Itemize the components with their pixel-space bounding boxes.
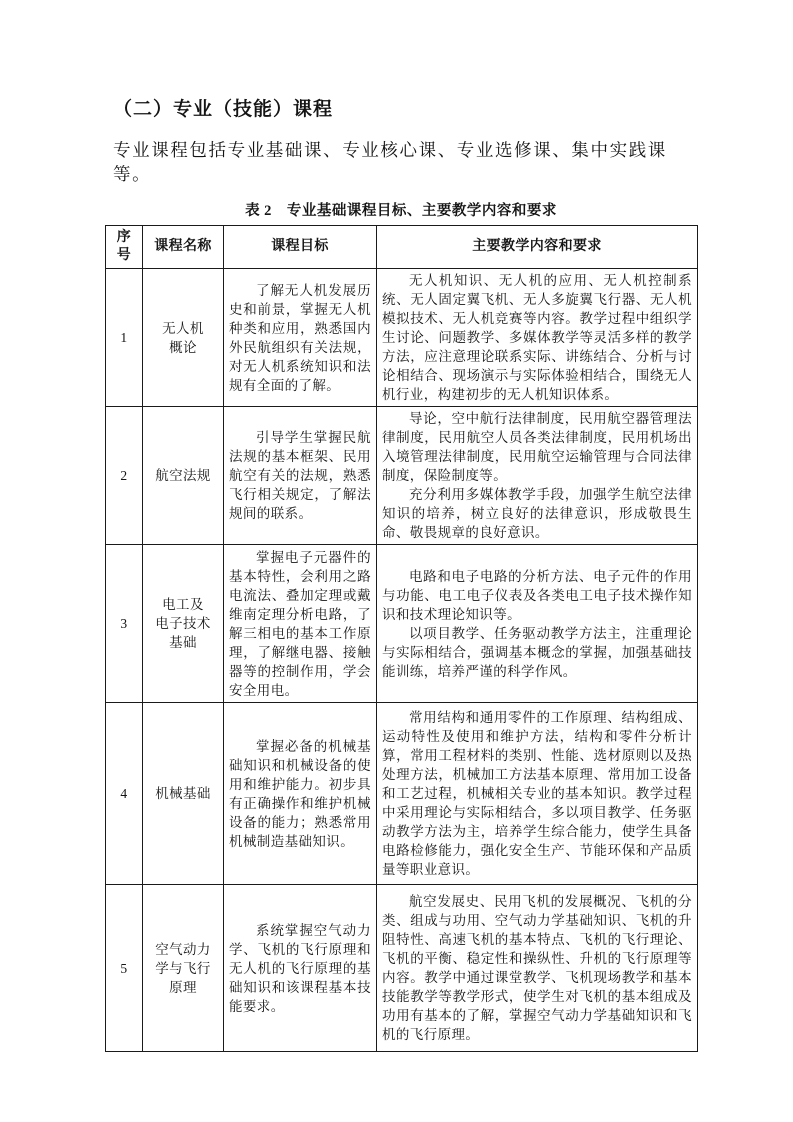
content-paragraph: 电路和电子电路的分析方法、电子元件的作用与功能、电工电子仪表及各类电工电子技术操… — [382, 567, 692, 624]
row-number: 3 — [106, 545, 143, 703]
content-paragraph: 充分利用多媒体教学手段，加强学生航空法律知识的培养，树立良好的法律意识，形成敬畏… — [382, 485, 692, 542]
row-number: 1 — [106, 269, 143, 407]
header-cell-content: 主要教学内容和要求 — [377, 226, 698, 269]
course-goal: 系统掌握空气动力学、飞机的飞行原理和无人机的飞行原理的基础知识和该课程基本技能要… — [224, 885, 377, 1052]
row-number: 5 — [106, 885, 143, 1052]
goal-paragraph: 了解无人机发展历史和前景，掌握无人机种类和应用，熟悉国内外民航组织有关法规，对无… — [229, 281, 371, 395]
course-goal: 掌握电子元器件的基本特性，会利用之路电流法、叠加定理或戴维南定理分析电路，了解三… — [224, 545, 377, 703]
table-row: 1 无人机 概论 了解无人机发展历史和前景，掌握无人机种类和应用，熟悉国内外民航… — [106, 269, 698, 407]
intro-paragraph: 专业课程包括专业基础课、专业核心课、专业选修课、集中实践课等。 — [113, 138, 697, 186]
table-caption: 表 2 专业基础课程目标、主要教学内容和要求 — [105, 199, 697, 220]
goal-paragraph: 引导学生掌握民航法规的基本框架、民用航空有关的法规，熟悉飞行相关规定，了解法规间… — [229, 428, 371, 523]
goal-paragraph: 掌握电子元器件的基本特性，会利用之路电流法、叠加定理或戴维南定理分析电路，了解三… — [229, 548, 371, 700]
course-name: 空气动力 学与飞行 原理 — [143, 885, 224, 1052]
content-paragraph: 以项目教学、任务驱动教学方法主，注重理论与实际相结合，强调基本概念的掌握，加强基… — [382, 624, 692, 681]
content-paragraph: 导论，空中航行法律制度，民用航空器管理法律制度，民用航空人员各类法律制度，民用机… — [382, 409, 692, 485]
section-title: （二）专业（技能）课程 — [113, 97, 697, 123]
content-paragraph: 无人机知识、无人机的应用、无人机控制系统、无人固定翼飞机、无人多旋翼飞行器、无人… — [382, 271, 692, 404]
table-row: 4 机械基础 掌握必备的机械基础知识和机械设备的使用和维护能力。初步具有正确操作… — [106, 703, 698, 885]
table-row: 3 电工及 电子技术 基础 掌握电子元器件的基本特性，会利用之路电流法、叠加定理… — [106, 545, 698, 703]
table-row: 2 航空法规 引导学生掌握民航法规的基本框架、民用航空有关的法规，熟悉飞行相关规… — [106, 407, 698, 545]
course-name: 电工及 电子技术 基础 — [143, 545, 224, 703]
course-content: 电路和电子电路的分析方法、电子元件的作用与功能、电工电子仪表及各类电工电子技术操… — [377, 545, 698, 703]
goal-paragraph: 系统掌握空气动力学、飞机的飞行原理和无人机的飞行原理的基础知识和该课程基本技能要… — [229, 921, 371, 1016]
course-content: 航空发展史、民用飞机的发展概况、飞机的分类、组成与功用、空气动力学基础知识、飞机… — [377, 885, 698, 1052]
document-page: （二）专业（技能）课程 专业课程包括专业基础课、专业核心课、专业选修课、集中实践… — [0, 0, 793, 1122]
course-goal: 了解无人机发展历史和前景，掌握无人机种类和应用，熟悉国内外民航组织有关法规，对无… — [224, 269, 377, 407]
content-paragraph: 常用结构和通用零件的工作原理、结构组成、运动特性及使用和维护方法，结构和零件分析… — [382, 708, 692, 879]
row-number: 4 — [106, 703, 143, 885]
course-name: 机械基础 — [143, 703, 224, 885]
table-row: 5 空气动力 学与飞行 原理 系统掌握空气动力学、飞机的飞行原理和无人机的飞行原… — [106, 885, 698, 1052]
content-paragraph: 航空发展史、民用飞机的发展概况、飞机的分类、组成与功用、空气动力学基础知识、飞机… — [382, 892, 692, 1044]
course-content: 导论，空中航行法律制度，民用航空器管理法律制度，民用航空人员各类法律制度，民用机… — [377, 407, 698, 545]
course-content: 常用结构和通用零件的工作原理、结构组成、运动特性及使用和维护方法，结构和零件分析… — [377, 703, 698, 885]
header-cell-name: 课程名称 — [143, 226, 224, 269]
course-content: 无人机知识、无人机的应用、无人机控制系统、无人固定翼飞机、无人多旋翼飞行器、无人… — [377, 269, 698, 407]
course-name: 无人机 概论 — [143, 269, 224, 407]
course-name: 航空法规 — [143, 407, 224, 545]
goal-paragraph: 掌握必备的机械基础知识和机械设备的使用和维护能力。初步具有正确操作和维护机械设备… — [229, 737, 371, 851]
course-table: 序 号 课程名称 课程目标 主要教学内容和要求 1 无人机 概论 了解无人机发展… — [105, 225, 698, 1052]
header-cell-goal: 课程目标 — [224, 226, 377, 269]
course-goal: 掌握必备的机械基础知识和机械设备的使用和维护能力。初步具有正确操作和维护机械设备… — [224, 703, 377, 885]
header-cell-no: 序 号 — [106, 226, 143, 269]
row-number: 2 — [106, 407, 143, 545]
course-goal: 引导学生掌握民航法规的基本框架、民用航空有关的法规，熟悉飞行相关规定，了解法规间… — [224, 407, 377, 545]
table-header-row: 序 号 课程名称 课程目标 主要教学内容和要求 — [106, 226, 698, 269]
